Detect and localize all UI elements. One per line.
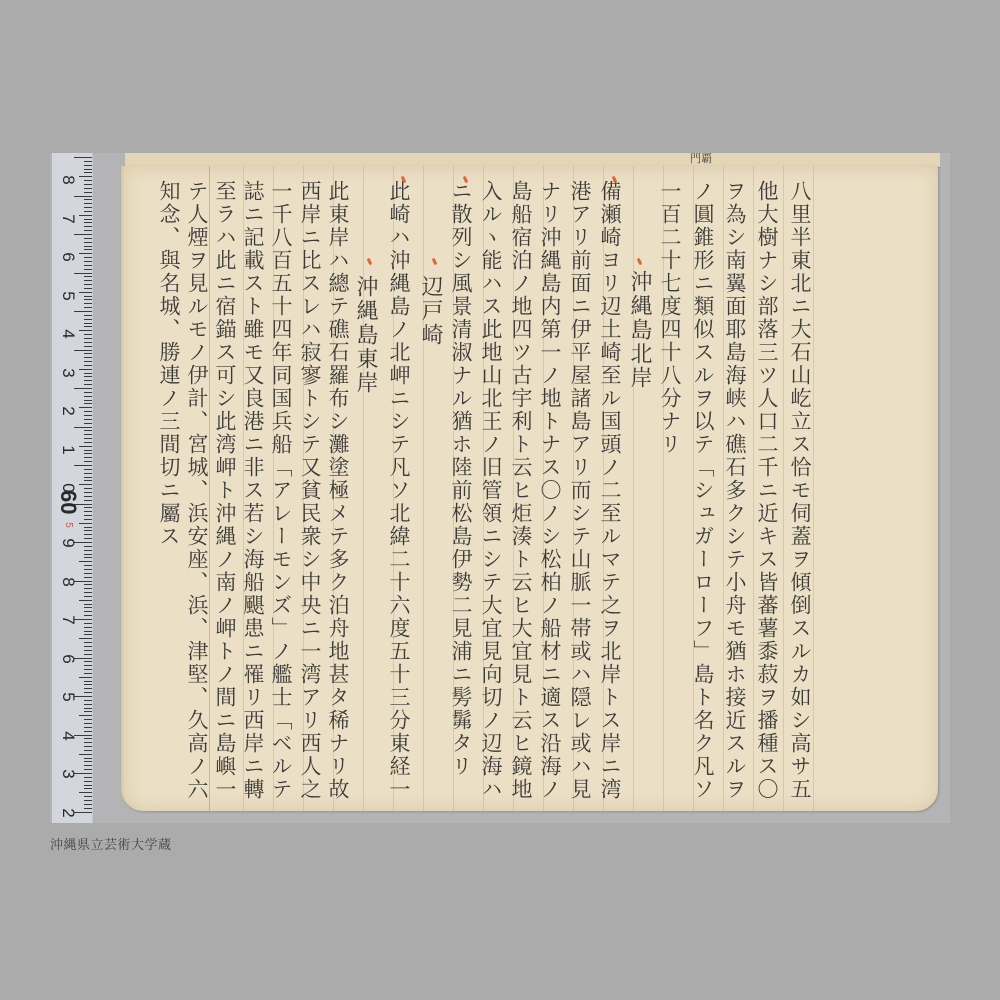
ruler-tick: [84, 276, 92, 277]
ruler-tick: [84, 480, 92, 481]
ruler-tick: [84, 700, 92, 701]
ruler-tick: [84, 246, 92, 247]
ruler-tick: [84, 249, 92, 250]
ruler-tick: [84, 376, 92, 377]
ruler-label: 6: [59, 245, 77, 269]
ruler-tick: [84, 507, 92, 508]
ruler-label: 8: [59, 168, 77, 192]
manuscript-column: 知念、與名城、勝連ノ三間切ニ屬ス: [156, 180, 182, 800]
ruler-tick: [84, 315, 92, 316]
ruler-tick: [84, 607, 92, 608]
ruler-tick: [84, 550, 92, 551]
ruler-tick: [79, 638, 92, 639]
ruler-tick: [74, 465, 92, 466]
ruler-tick: [84, 565, 92, 566]
ruler-tick: [84, 180, 92, 181]
ruler-tick: [79, 600, 92, 601]
collection-credit-caption: 沖縄県立芸術大学蔵: [50, 834, 172, 853]
ruler-tick: [84, 557, 92, 558]
ruler-tick: [84, 554, 92, 555]
ruler-tick: [79, 176, 92, 177]
ruler-tick: [84, 530, 92, 531]
ruler-tick: [84, 357, 92, 358]
ruler-label: 7: [59, 608, 77, 632]
ruler-tick: [84, 453, 92, 454]
ruler-tick: [84, 708, 92, 709]
manuscript-column: 港アリ前面ニ伊平屋諸島アリ而シテ山脈一帯或ハ隠レ或ハ見ル樹木ノ繁殖: [567, 180, 593, 800]
ruler-label: 6: [59, 647, 77, 671]
ruler-tick: [84, 488, 92, 489]
ruler-tick: [84, 515, 92, 516]
ruler-tick: [84, 415, 92, 416]
ruler-label: 5: [59, 284, 77, 308]
ruler-tick: [84, 661, 92, 662]
ruler-tick: [84, 808, 92, 809]
scan-viewer: 87654321060598765432 門覇 八里半東北ニ大石山屹立ス恰モ伺蓋…: [0, 0, 1000, 1000]
ruler-tick: [84, 611, 92, 612]
ruler-tick: [84, 319, 92, 320]
ruler-tick: [84, 188, 92, 189]
manuscript-column: ノ圓錐形ニ類似スルヲ以テ「シュガーローフ」島ト名ク凡ソ北緯三十六度四十三分東経: [690, 180, 716, 800]
previous-page-fragment: 門覇: [690, 150, 712, 166]
ruler-tick: [84, 222, 92, 223]
ruler-tick: [84, 365, 92, 366]
manuscript-column: 至ラハ此ニ宿錨ス可シ此湾岬ト沖縄ノ南ノ岬トノ間ニ島嶼一群アリ共称大ニシ: [212, 180, 238, 800]
manuscript-column: 島船宿泊ノ地四ツ古宇利ト云ヒ炬湊ト云ヒ大宜見ト云ヒ鏡地ト云フ皆大船ヲ: [508, 180, 534, 800]
ruler-label: 4: [59, 322, 77, 346]
red-ink-mark: [367, 258, 373, 266]
ruler-tick: [84, 257, 92, 258]
ruler-tick: [84, 569, 92, 570]
manuscript-column: 此東岸ハ總テ礁石羅布シ灘塗極メテ多ク泊舟地甚タ稀ナリ故ニ部落: [325, 180, 351, 800]
ruler-tick: [79, 446, 92, 447]
ruler-label: 8: [59, 570, 77, 594]
ruler-tick: [79, 484, 92, 485]
ruler-tick: [84, 473, 92, 474]
ruler-tick: [79, 369, 92, 370]
ruler-tick: [84, 169, 92, 170]
ruler-tick: [84, 411, 92, 412]
manuscript-column: 一千八百五十四年同国兵船「アレーモンズ」ノ艦士「ベルテ」氏実測シテ以テ支那水路: [268, 180, 294, 800]
ruler-tick: [84, 307, 92, 308]
ruler-tick: [84, 781, 92, 782]
ruler-tick: [84, 800, 92, 801]
ruler-tick: [84, 373, 92, 374]
ruler-tick: [79, 330, 92, 331]
ruler-tick: [84, 353, 92, 354]
ruler-tick: [84, 577, 92, 578]
ruler-tick: [84, 546, 92, 547]
ruled-line: [813, 166, 814, 811]
ruler-tick: [84, 742, 92, 743]
manuscript-column: ヲ為シ南翼面耶島海峡ハ礁石多クシテ小舟モ猶ホ接近スルヲ許サス 〇西人此島: [722, 180, 748, 800]
ruler-tick: [84, 280, 92, 281]
ruler-tick: [84, 719, 92, 720]
manuscript-column: 入ルヽ能ハス此地山北王ノ旧管領ニシテ大宜見向切ノ辺海ハ嶼奇岩数百顆海面: [478, 180, 504, 800]
red-ink-mark: [637, 258, 643, 266]
ruler-tick: [84, 165, 92, 166]
ruler-tick: [84, 688, 92, 689]
ruler-tick: [84, 288, 92, 289]
ruler-tick: [84, 642, 92, 643]
ruler-tick: [84, 296, 92, 297]
ruler-tick: [79, 792, 92, 793]
ruler-tick: [84, 457, 92, 458]
ruler-tick: [84, 665, 92, 666]
ruler-label: 9: [59, 531, 77, 555]
ruler-tick: [84, 588, 92, 589]
ruler-tick: [84, 750, 92, 751]
ruler-tick: [84, 519, 92, 520]
ruler-tick: [79, 523, 92, 524]
ruler-tick: [84, 727, 92, 728]
ruler-tick: [84, 681, 92, 682]
ruler-label: 3: [59, 762, 77, 786]
ruler-tick: [74, 427, 92, 428]
manuscript-column: 一百二十七度四十八分ナリ: [657, 180, 683, 800]
ruler-tick: [74, 234, 92, 235]
ruler-tick: [74, 273, 92, 274]
ruler-tick: [84, 527, 92, 528]
ruler-tick: [84, 384, 92, 385]
ruler-tick: [84, 230, 92, 231]
manuscript-column: テ人煙ヲ見ルモノ伊計、宮城、浜安座、浜、津堅、久高ノ六島アリ即チ: [184, 180, 210, 800]
manuscript-column: 此崎ハ沖縄島ノ北岬ニシテ凡ソ北緯二十六度五十三分東経一百二十八度一十三分: [386, 180, 412, 800]
ruler-tick: [84, 400, 92, 401]
ruler-tick: [84, 203, 92, 204]
ruler-tick: [84, 711, 92, 712]
ruler-label: 7: [59, 207, 77, 231]
manuscript-column: 他大樹ナシ部落三ツ人口二千ニ近キス皆蕃薯黍菽ヲ播種ス〇島ノ北岸ハ礁石岸: [754, 180, 780, 800]
ruler-tick: [84, 172, 92, 173]
ruler-tick: [79, 253, 92, 254]
ruler-tick: [84, 538, 92, 539]
ruler-tick: [79, 561, 92, 562]
ruler-tick: [84, 758, 92, 759]
ruler-tick: [74, 388, 92, 389]
ruler-tick: [84, 242, 92, 243]
ruler-tick: [84, 646, 92, 647]
ruler-tick: [84, 323, 92, 324]
manuscript-page: 八里半東北ニ大石山屹立ス恰モ伺蓋ヲ傾倒スルカ如シ高サ五百六十一尺西辺一林アリ其他…: [121, 166, 938, 811]
measurement-ruler: 87654321060598765432: [52, 153, 93, 823]
ruler-tick: [84, 284, 92, 285]
ruler-tick: [84, 261, 92, 262]
manuscript-column: 備瀬崎ヨリ辺土崎至ル国頭ノ二至ルマテ之ヲ北岸トス岸ニ湾形多ク其中央ニ運天: [597, 180, 623, 800]
ruler-label: 5: [59, 685, 77, 709]
ruler-tick: [84, 634, 92, 635]
ruler-tick: [84, 604, 92, 605]
ruler-tick: [84, 584, 92, 585]
ruler-tick: [84, 430, 92, 431]
ruler-tick: [84, 342, 92, 343]
section-heading: 沖縄島北岸: [626, 270, 652, 800]
ruler-tick: [84, 500, 92, 501]
ruler-tick: [84, 269, 92, 270]
manuscript-column: 八里半東北ニ大石山屹立ス恰モ伺蓋ヲ傾倒スルカ如シ高サ五百六十一尺西辺一林アリ其: [787, 180, 813, 800]
ruler-tick: [84, 692, 92, 693]
ruler-tick: [84, 419, 92, 420]
manuscript-column: ナリ沖縄島内第一ノ地トナス〇ノシ松柏ノ船材ニ適ス沿海ノ区皆浅礁部落数十アリ: [537, 180, 563, 800]
ruler-tick: [84, 627, 92, 628]
manuscript-column: 誌ニ記載スト雖モ又良港ニ非ス若シ海船颶患ニ罹リ西岸ニ轉スル能ハサルノ時ニ: [240, 180, 266, 800]
ruler-tick: [84, 211, 92, 212]
ruler-tick: [84, 361, 92, 362]
ruler-tick: [84, 442, 92, 443]
ruler-tick: [84, 804, 92, 805]
ruler-tick: [84, 380, 92, 381]
ruler-tick: [84, 511, 92, 512]
ruler-tick: [84, 704, 92, 705]
ruler-tick: [74, 350, 92, 351]
ruler-tick: [84, 326, 92, 327]
ruler-tick: [84, 219, 92, 220]
ruler-tick: [84, 669, 92, 670]
ruler-tick: [84, 334, 92, 335]
ruler-tick: [84, 396, 92, 397]
ruler-tick: [84, 299, 92, 300]
ruler-tick: [84, 438, 92, 439]
ruler-tick: [84, 238, 92, 239]
ruler-tick: [84, 796, 92, 797]
ruler-tick: [84, 265, 92, 266]
ruler-tick: [84, 450, 92, 451]
ruler-tick: [84, 207, 92, 208]
ruler-tick: [84, 226, 92, 227]
ruler-tick: [84, 469, 92, 470]
ruler-tick: [84, 684, 92, 685]
ruler-label: 4: [59, 724, 77, 748]
ruler-tick: [84, 723, 92, 724]
ruler-tick: [84, 765, 92, 766]
ruler-tick: [84, 631, 92, 632]
ruler-tick: [84, 161, 92, 162]
ruler-tick: [84, 592, 92, 593]
ruler-tick: [84, 477, 92, 478]
red-ink-mark: [432, 258, 438, 266]
ruler-tick: [84, 534, 92, 535]
ruler-tick: [84, 184, 92, 185]
ruler-tick: [79, 677, 92, 678]
ruled-line: [783, 166, 784, 811]
ruler-tick: [84, 192, 92, 193]
ruler-tick: [79, 754, 92, 755]
ruler-tick: [84, 673, 92, 674]
ruler-tick: [84, 746, 92, 747]
ruler-tick: [84, 423, 92, 424]
ruler-label-center: 60: [59, 490, 77, 514]
ruler-tick: [84, 492, 92, 493]
ruler-tick: [74, 196, 92, 197]
ruler-tick: [84, 650, 92, 651]
ruler-tick: [84, 403, 92, 404]
ruler-label: 2: [59, 399, 77, 423]
ruler-tick: [84, 434, 92, 435]
ruler-tick: [84, 573, 92, 574]
section-heading: 沖縄島東岸: [352, 275, 378, 800]
ruler-label: 1: [59, 438, 77, 462]
ruler-tick: [84, 785, 92, 786]
ruler-tick: [84, 303, 92, 304]
ruler-tick: [84, 769, 92, 770]
ruler-tick: [84, 461, 92, 462]
ruler-tick: [74, 311, 92, 312]
ruler-tick: [79, 292, 92, 293]
ruler-tick: [79, 715, 92, 716]
ruler-label: 3: [59, 361, 77, 385]
ruler-tick: [84, 738, 92, 739]
ruler-tick: [84, 615, 92, 616]
ruler-tick: [84, 596, 92, 597]
ruler-tick: [84, 788, 92, 789]
ruler-label: 2: [59, 801, 77, 824]
ruler-tick: [84, 623, 92, 624]
ruler-tick: [84, 731, 92, 732]
ruler-tick: [84, 346, 92, 347]
manuscript-column: 西岸ニ比スレハ寂寥トシテ又貧民衆シ中央ニ一湾アリ西人之ヲ「バルロ」湾ト名ク: [297, 180, 323, 800]
ruler-tick: [84, 496, 92, 497]
section-heading: 辺戸崎: [417, 275, 443, 800]
ruler-tick: [79, 407, 92, 408]
ruler-tick: [84, 338, 92, 339]
ruler-tick: [84, 392, 92, 393]
ruler-tick: [84, 777, 92, 778]
ruler-tick: [79, 215, 92, 216]
ruler-tick: [84, 761, 92, 762]
manuscript-column: ニ散列シ風景清淑ナル猶ホ陸前松島伊勢二見浦ニ髣髴タリ: [448, 180, 474, 800]
ruler-tick: [74, 157, 92, 158]
ruler-tick: [84, 654, 92, 655]
ruler-tick: [84, 199, 92, 200]
